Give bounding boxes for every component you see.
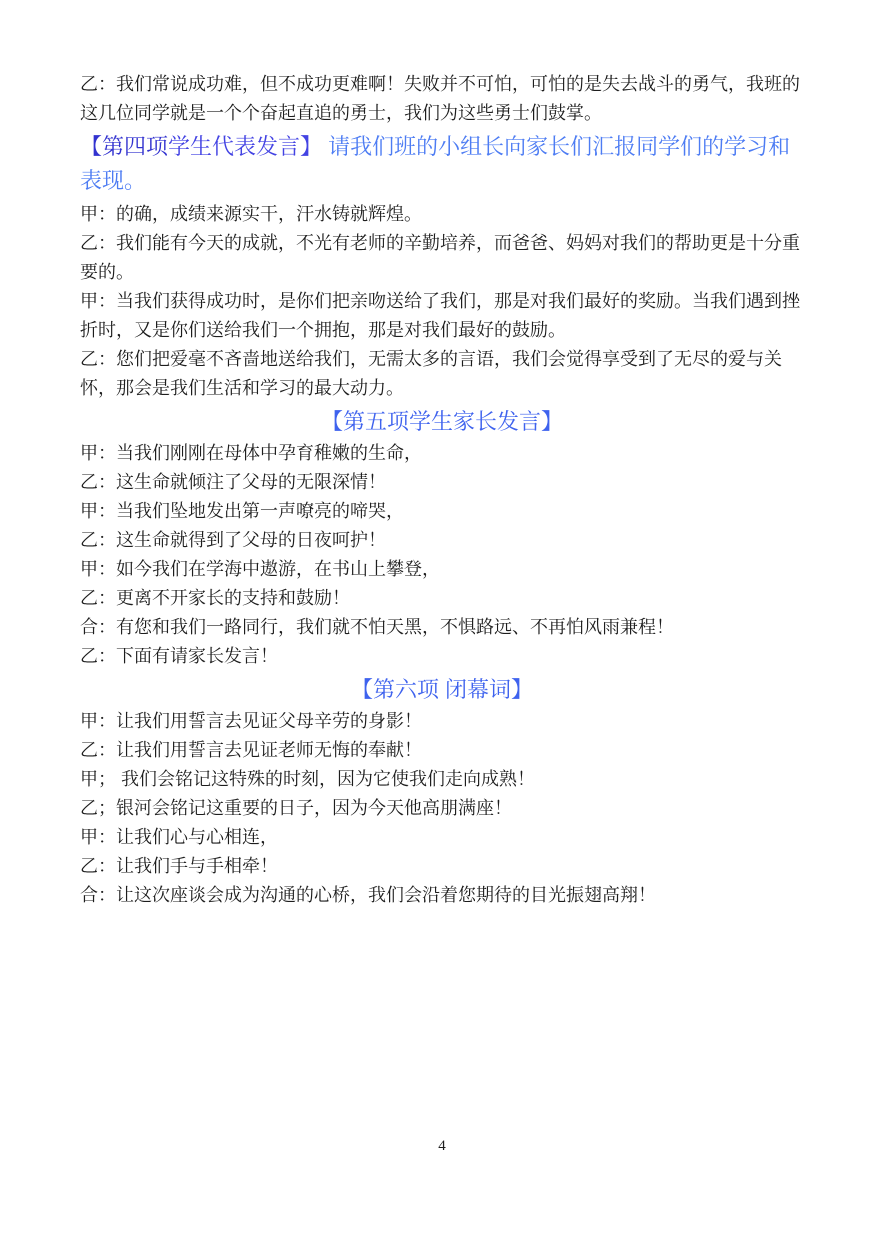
paragraph: 合：让这次座谈会成为沟通的心桥，我们会沿着您期待的目光振翅高翔！ xyxy=(80,881,804,910)
paragraph: 甲：当我们坠地发出第一声嘹亮的啼哭， xyxy=(80,497,804,526)
paragraph: 乙：下面有请家长发言！ xyxy=(80,642,804,671)
section-heading-item5: 【第五项学生家长发言】 xyxy=(80,407,804,437)
paragraph: 甲：让我们心与心相连， xyxy=(80,823,804,852)
paragraph: 甲：让我们用誓言去见证父母辛劳的身影！ xyxy=(80,707,804,736)
paragraph: 甲：当我们获得成功时，是你们把亲吻送给了我们，那是对我们最好的奖励。当我们遇到挫… xyxy=(80,287,804,345)
paragraph: 甲：的确，成绩来源实干，汗水铸就辉煌。 xyxy=(80,200,804,229)
page-number: 4 xyxy=(0,1138,884,1155)
section-heading-segment: 【第四项 xyxy=(80,134,168,159)
paragraph: 乙：我们常说成功难，但不成功更难啊！失败并不可怕，可怕的是失去战斗的勇气，我班的… xyxy=(80,70,804,128)
paragraph: 乙；银河会铭记这重要的日子，因为今天他高朋满座！ xyxy=(80,794,804,823)
paragraph: 甲：当我们刚刚在母体中孕育稚嫩的生命， xyxy=(80,439,804,468)
section-heading-item6: 【第六项 闭幕词】 xyxy=(80,675,804,705)
section-heading-segment: 学生代表发言】 xyxy=(168,134,322,159)
paragraph: 乙：让我们用誓言去见证老师无悔的奉献！ xyxy=(80,736,804,765)
document-page: 乙：我们常说成功难，但不成功更难啊！失败并不可怕，可怕的是失去战斗的勇气，我班的… xyxy=(0,0,884,1250)
paragraph: 合：有您和我们一路同行，我们就不怕天黑，不惧路远、不再怕风雨兼程！ xyxy=(80,613,804,642)
paragraph: 乙：这生命就得到了父母的日夜呵护！ xyxy=(80,526,804,555)
section-heading-item4: 【第四项学生代表发言】 请我们班的小组长向家长们汇报同学们的学习和表现。 xyxy=(80,130,804,198)
paragraph: 乙：让我们手与手相牵！ xyxy=(80,852,804,881)
paragraph: 乙：我们能有今天的成就，不光有老师的辛勤培养，而爸爸、妈妈对我们的帮助更是十分重… xyxy=(80,229,804,287)
paragraph: 乙：这生命就倾注了父母的无限深情！ xyxy=(80,468,804,497)
paragraph: 乙：您们把爱毫不吝啬地送给我们，无需太多的言语，我们会觉得享受到了无尽的爱与关怀… xyxy=(80,345,804,403)
paragraph: 甲：如今我们在学海中遨游，在书山上攀登， xyxy=(80,555,804,584)
document-body: 乙：我们常说成功难，但不成功更难啊！失败并不可怕，可怕的是失去战斗的勇气，我班的… xyxy=(80,70,804,910)
paragraph: 甲； 我们会铭记这特殊的时刻，因为它使我们走向成熟！ xyxy=(80,765,804,794)
paragraph: 乙：更离不开家长的支持和鼓励！ xyxy=(80,584,804,613)
